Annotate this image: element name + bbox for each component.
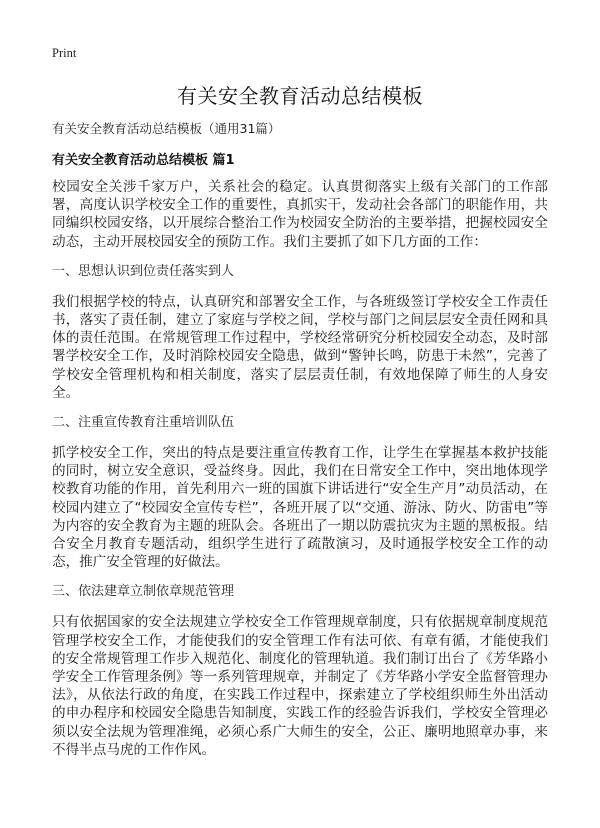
document-subtitle: 有关安全教育活动总结模板（通用31篇）	[52, 119, 280, 137]
section-body-1: 我们根据学校的特点，认真研究和部署安全工作，与各班级签订学校安全工作责任书，落实…	[52, 293, 548, 402]
document-content: 校园安全关涉千家万户，关系社会的稳定。认真贯彻落实上级有关部门的工作部署，高度认…	[52, 178, 548, 759]
document-title: 有关安全教育活动总结模板	[52, 80, 548, 109]
section-body-2: 抓学校安全工作，突出的特点是要注重宣传教育工作，让学生在掌握基本救护技能的同时，…	[52, 444, 548, 571]
section-heading-3: 三、依法建章立制依章规范管理	[52, 583, 548, 601]
print-label[interactable]: Print	[52, 46, 76, 61]
section-body-3: 只有依据国家的安全法规建立学校安全工作管理规章制度，只有依据规章制度规范管理学校…	[52, 613, 548, 759]
section-heading-2: 二、注重宣传教育注重培训队伍	[52, 414, 548, 432]
intro-paragraph: 校园安全关涉千家万户，关系社会的稳定。认真贯彻落实上级有关部门的工作部署，高度认…	[52, 178, 548, 251]
section-heading-1: 一、思想认识到位责任落实到人	[52, 263, 548, 281]
section-title: 有关安全教育活动总结模板 篇1	[52, 149, 235, 168]
